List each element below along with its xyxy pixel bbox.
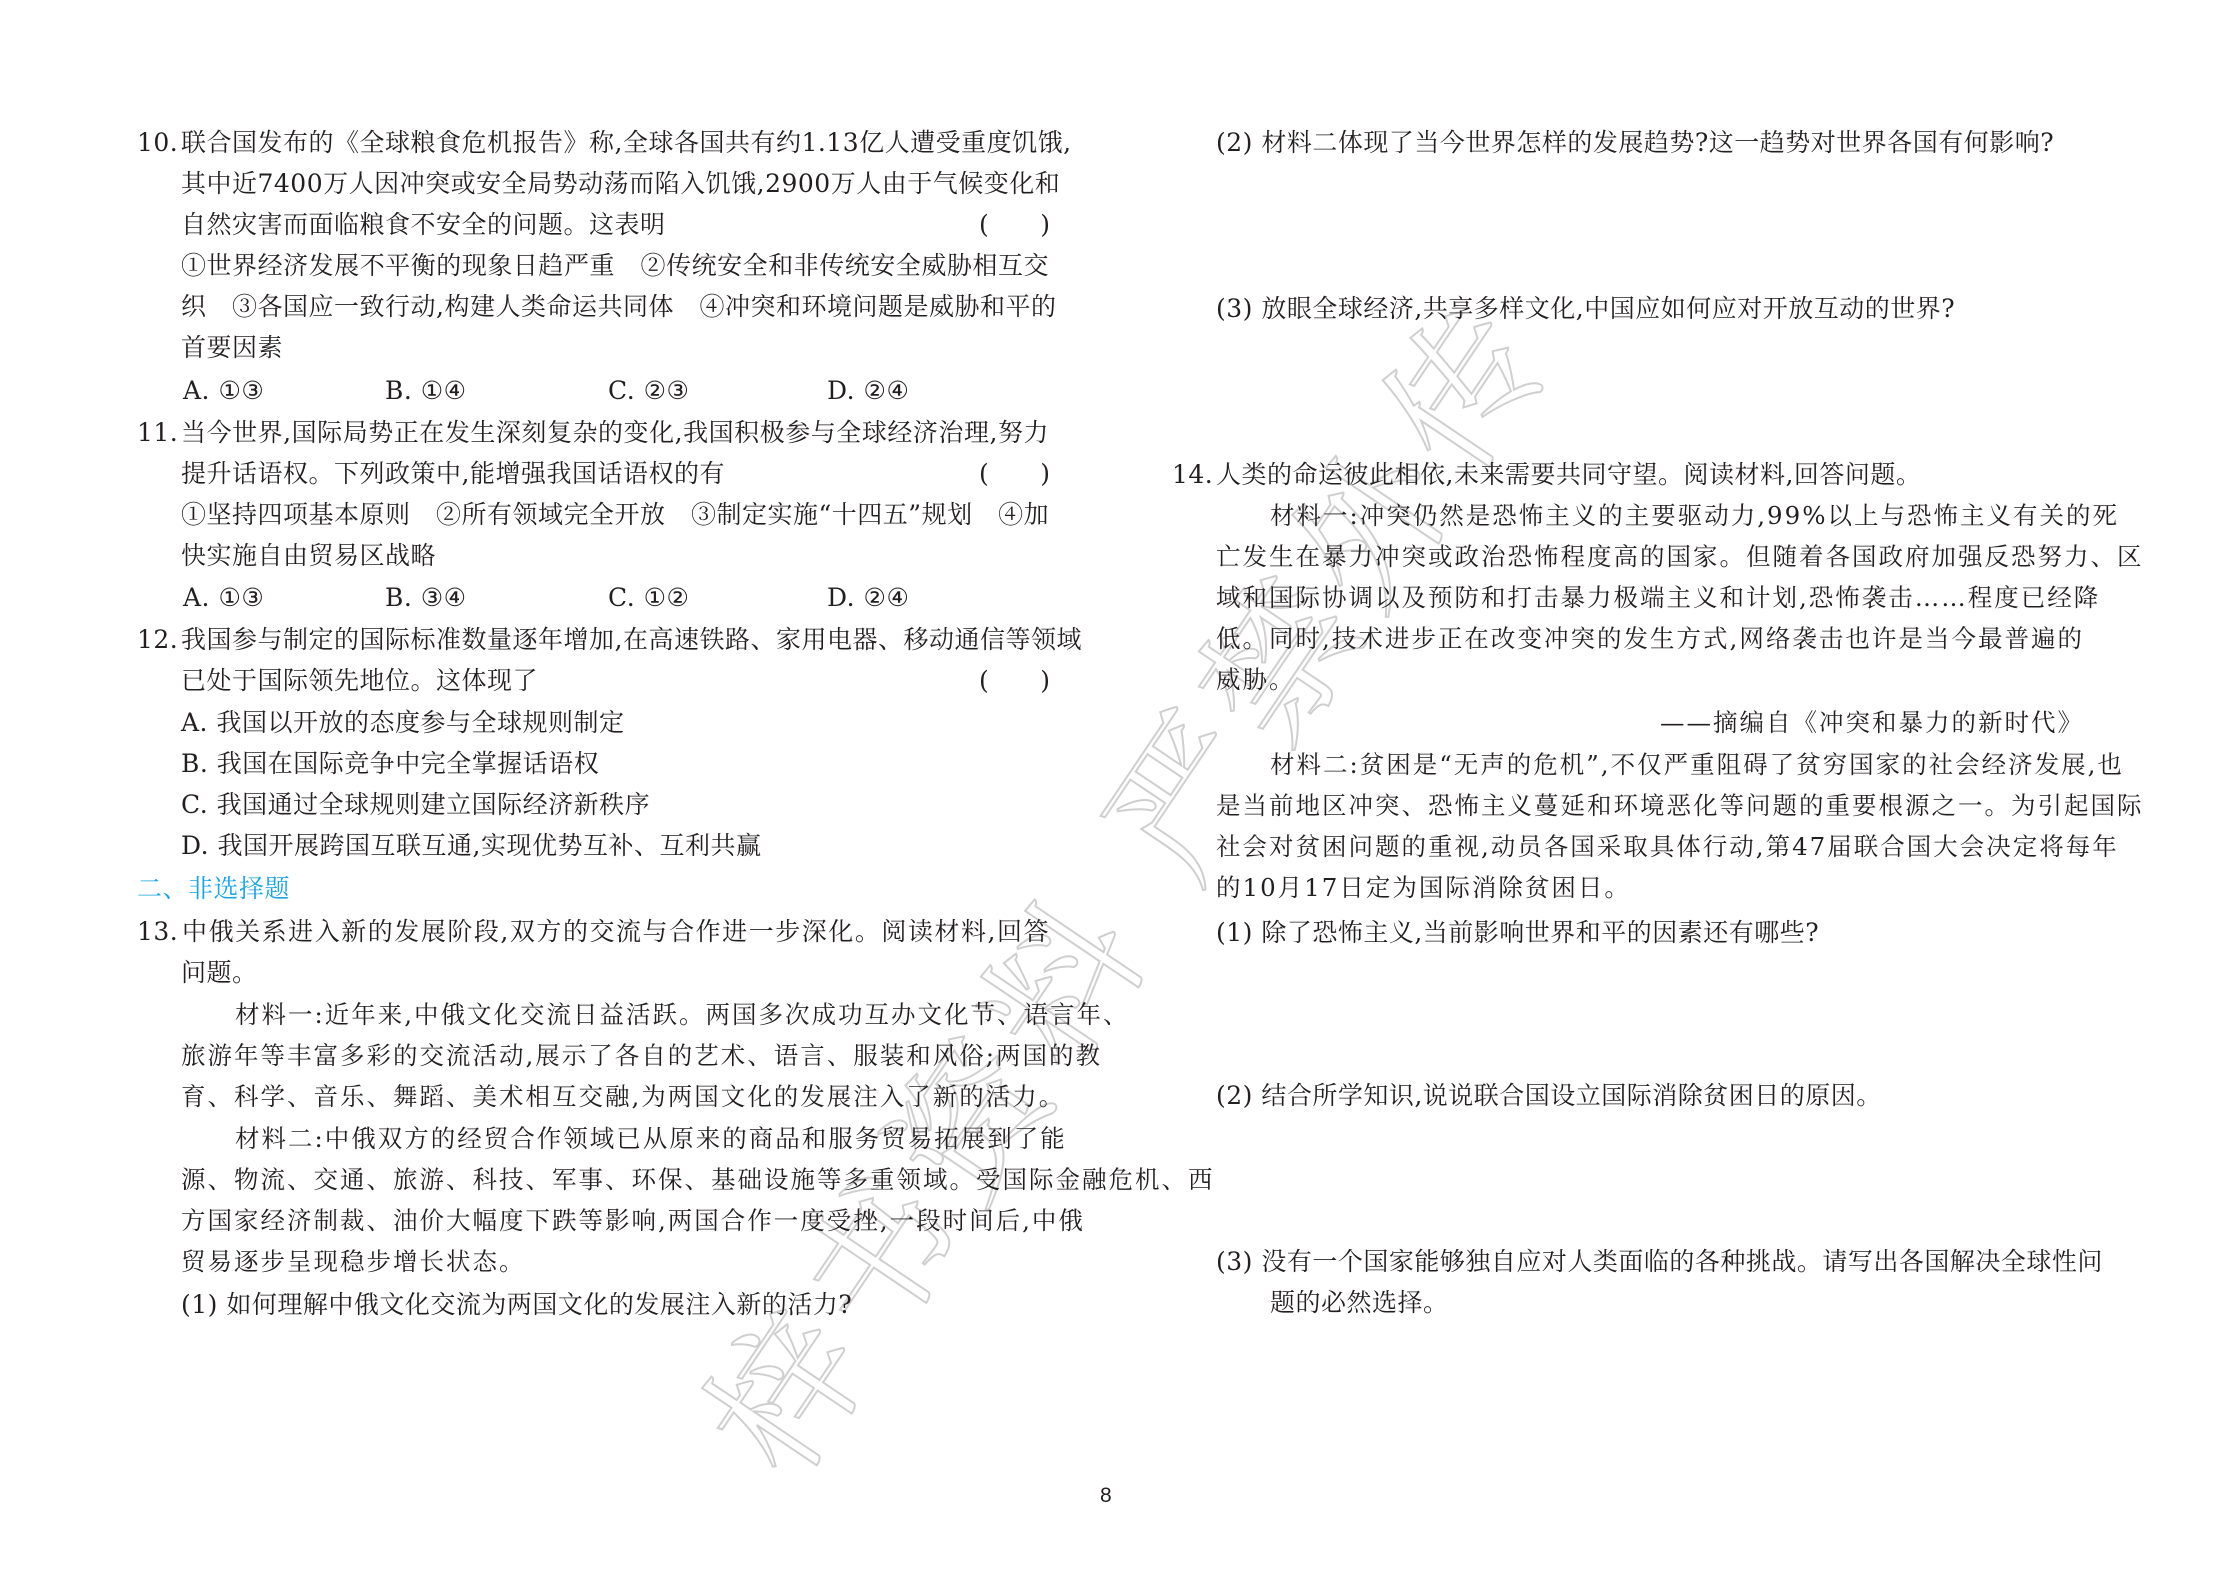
question-line: 14.人类的命运彼此相依,未来需要共同守望。阅读材料,回答问题。 [1172,454,2084,495]
answer-blank[interactable]: ( ) [979,453,1049,494]
exam-page: 梓书资料 严禁外传 10.联合国发布的《全球粮食危机报告》称,全球各国共有约1.… [0,0,2220,1571]
question-number: 12. [137,619,181,660]
sub-question-3: (3) 没有一个国家能够独自应对人类面临的各种挑战。请写出各国解决全球性问 [1172,1241,2084,1282]
option-b[interactable]: B. ①④ [385,370,467,411]
question-line: 13.中俄关系进入新的发展阶段,双方的交流与合作进一步深化。阅读材料,回答 [137,911,1049,952]
statement-line: 快实施自由贸易区战略 [137,535,1049,576]
sub-question-3-cont: 题的必然选择。 [1172,1282,2084,1323]
sub-question-1: (1) 除了恐怖主义,当前影响世界和平的因素还有哪些? [1172,912,2084,953]
option-a[interactable]: A. 我国以开放的态度参与全球规则制定 [137,702,1049,743]
options-row: A. ①③ B. ①④ C. ②③ D. ②④ [137,370,1049,411]
statement-line: ①坚持四项基本原则 ②所有领域完全开放 ③制定实施“十四五”规划 ④加 [137,494,1049,535]
option-b[interactable]: B. 我国在国际竞争中完全掌握话语权 [137,743,1049,784]
sub-question-2: (2) 材料二体现了当今世界怎样的发展趋势?这一趋势对世界各国有何影响? [1172,122,2084,163]
page-number: 8 [1100,1484,1112,1508]
statement-line: ①世界经济发展不平衡的现象日趋严重 ②传统安全和非传统安全威胁相互交 [137,245,1049,286]
question-number: 13. [137,911,181,952]
question-line: 已处于国际领先地位。这体现了( ) [137,660,1049,701]
question-line: 提升话语权。下列政策中,能增强我国话语权的有( ) [137,453,1049,494]
question-number: 14. [1172,454,1216,495]
sub-question-2: (2) 结合所学知识,说说联合国设立国际消除贫困日的原因。 [1172,1075,2084,1116]
question-line: 12.我国参与制定的国际标准数量逐年增加,在高速铁路、家用电器、移动通信等领域 [137,619,1049,660]
option-d[interactable]: D. ②④ [827,577,909,618]
options-row: A. ①③ B. ③④ C. ①② D. ②④ [137,577,1049,618]
source-citation: ——摘编自《冲突和暴力的新时代》 [1172,702,2084,743]
option-b[interactable]: B. ③④ [385,577,467,618]
sub-question-1: (1) 如何理解中俄文化交流为两国文化的发展注入新的活力? [137,1284,1049,1325]
section-heading: 二、非选择题 [137,868,1049,909]
option-c[interactable]: C. 我国通过全球规则建立国际经济新秩序 [137,784,1049,825]
question-line: 11.当今世界,国际局势正在发生深刻复杂的变化,我国积极参与全球经济治理,努力 [137,412,1049,453]
question-line: 其中近7400万人因冲突或安全局势动荡而陷入饥饿,2900万人由于气候变化和 [137,163,1049,204]
option-a[interactable]: A. ①③ [183,577,264,618]
option-c[interactable]: C. ①② [608,577,689,618]
answer-blank[interactable]: ( ) [979,660,1049,701]
sub-question-3: (3) 放眼全球经济,共享多样文化,中国应如何应对开放互动的世界? [1172,288,2084,329]
option-c[interactable]: C. ②③ [608,370,689,411]
option-a[interactable]: A. ①③ [183,370,264,411]
answer-blank[interactable]: ( ) [979,204,1049,245]
question-line: 10.联合国发布的《全球粮食危机报告》称,全球各国共有约1.13亿人遭受重度饥饿… [137,122,1049,163]
question-number: 10. [137,122,181,163]
question-number: 11. [137,412,181,453]
question-line: 问题。 [137,952,1049,993]
option-d[interactable]: D. ②④ [827,370,909,411]
statement-line: 首要因素 [137,327,1049,368]
statement-line: 织 ③各国应一致行动,构建人类命运共同体 ④冲突和环境问题是威胁和平的 [137,286,1049,327]
option-d[interactable]: D. 我国开展跨国互联互通,实现优势互补、互利共赢 [137,825,1049,866]
question-line: 自然灾害而面临粮食不安全的问题。这表明( ) [137,204,1049,245]
